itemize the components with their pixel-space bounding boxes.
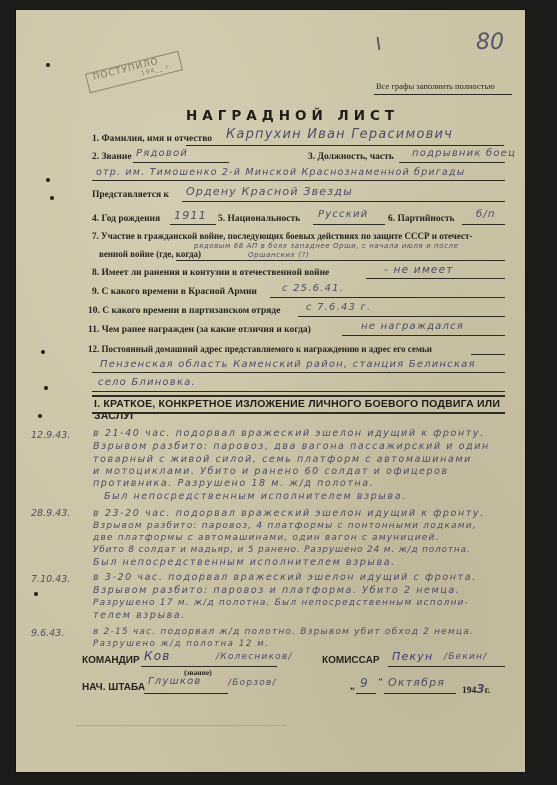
field-12-label: 12. Постоянный домашний адрес представля…	[88, 344, 432, 354]
hole-mark	[44, 386, 48, 390]
field-7-line	[176, 260, 505, 261]
hole-mark	[46, 178, 50, 182]
section-header: I. КРАТКОЕ, КОНКРЕТНОЕ ИЗЛОЖЕНИЕ ЛИЧНОГО…	[94, 398, 525, 422]
date-year: 1943г.	[462, 682, 490, 696]
field-1-value: Карпухин Иван Герасимович	[226, 127, 453, 142]
field-4-value: 1911	[174, 209, 207, 222]
entry-line: Убито 8 солдат и мадьяр, и 5 ранено. Раз…	[93, 545, 471, 555]
hole-mark	[38, 414, 42, 418]
entry-line: две платформы с автомашинами, один вагон…	[93, 533, 440, 543]
instruction-underline	[374, 94, 512, 95]
date-day-line	[356, 693, 376, 694]
field-8-line	[366, 278, 505, 279]
chief-of-staff-line	[144, 693, 228, 694]
hole-mark	[41, 350, 45, 354]
entry-date: 9.6.43.	[31, 628, 64, 639]
field-7-value: рядовым 68 АП в боях западнее Орши, с на…	[194, 242, 459, 250]
field-4-line	[170, 224, 216, 225]
page-number-mark: 80	[476, 30, 504, 55]
field-10-label: 10. С какого времени в партизанском отря…	[88, 306, 280, 316]
entry-line: Взрывом разбито: паровоз, два вагона пас…	[93, 441, 490, 452]
field-11-value: не награждался	[361, 321, 464, 332]
field-5-value: Русский	[318, 209, 368, 220]
entry-line: Взрывом разбито: паровоз, 4 платформы с …	[93, 521, 477, 531]
received-stamp: ПОСТУПИЛО 194__ г.	[85, 51, 183, 94]
roman-numeral-mark: I	[375, 34, 383, 56]
field-2-line	[133, 162, 229, 163]
instruction-text: Все графы заполнить полностью	[376, 81, 495, 91]
entry-line: в 2-15 час. подорвал ж/д полотно. Взрыво…	[93, 627, 474, 637]
entry-date: 7.10.43.	[31, 574, 70, 585]
chief-of-staff-signature: Глушков	[148, 676, 201, 687]
hole-mark	[34, 592, 38, 596]
date-month-line	[384, 693, 456, 694]
field-3-line	[399, 162, 505, 163]
date-year-digit: 3	[476, 682, 484, 696]
date-month: Октября	[388, 676, 445, 689]
entry-line: Был непосредственным исполнителем взрыва…	[93, 557, 396, 568]
entry-date: 12.9.43.	[31, 430, 70, 441]
field-1-line	[186, 145, 504, 146]
field-7-value-line2: Оршанских (?)	[248, 251, 309, 259]
field-11-label: 11. Чем ранее награжден (за какие отличи…	[88, 325, 311, 335]
field-11-line	[342, 335, 505, 336]
field-5-line	[313, 224, 385, 225]
section-rule-top	[92, 395, 505, 397]
award-sheet-paper: ПОСТУПИЛО 194__ г. I 80 Все графы заполн…	[16, 10, 525, 772]
field-8-value: - не имеет	[384, 264, 454, 276]
page-title: НАГРАДНОЙ ЛИСТ	[186, 108, 399, 124]
field-6-line	[462, 224, 505, 225]
date-year-suffix: г.	[485, 686, 491, 696]
date-year-prefix: 194	[462, 686, 476, 696]
field-4-label: 4. Год рождения	[92, 214, 160, 224]
field-9-label: 9. С какого времени в Красной Армии	[92, 287, 257, 297]
entry-date: 28.9.43.	[31, 508, 70, 519]
chief-of-staff-label: НАЧ. ШТАБА	[82, 682, 145, 693]
field-2-label: 2. Звание	[92, 152, 132, 162]
commander-line	[141, 666, 277, 667]
entry-line: телем взрыва.	[93, 610, 186, 621]
entry-line: товарный с живой силой, семь платформ с …	[93, 454, 472, 465]
date-open-quote: „	[350, 682, 355, 692]
field-5-label: 5. Национальность	[218, 214, 300, 224]
entry-line: Разрушено 17 м. ж/д полотна. Был непосре…	[93, 598, 469, 608]
entry-line: в 3-20 час. подорвал вражеский эшелон ид…	[93, 572, 477, 583]
entry-line: Взрывом разбито: паровоз и платформа. Уб…	[93, 585, 460, 596]
nominated-value: Ордену Красной Звезды	[186, 185, 353, 198]
field-10-line	[298, 316, 505, 317]
commissar-signature: Пекун	[392, 650, 433, 663]
commander-signature: Ков	[144, 649, 171, 663]
entry-line: Был непосредственным исполнителем взрыва…	[104, 491, 407, 502]
field-7-label-line2: венной войне (где, когда)	[99, 249, 201, 259]
hole-mark	[50, 196, 54, 200]
field-12-value-line2: село Блиновка.	[98, 377, 196, 388]
field-6-label: 6. Партийность	[388, 214, 455, 224]
faint-pencil-stroke	[76, 725, 286, 726]
field-8-label: 8. Имеет ли ранения и контузии в отечест…	[92, 268, 329, 278]
field-3-line2	[92, 180, 505, 181]
section-rule-bottom	[92, 412, 505, 414]
field-9-line	[270, 297, 505, 298]
entry-line: и мотоциклами. Убито и ранено 60 солдат …	[93, 466, 449, 477]
field-6-value: б/п	[476, 209, 496, 220]
entry-line: Разрушено ж/д полотна 12 м.	[93, 639, 270, 649]
entry-line: противника. Разрушено 18 м. ж/д полотна.	[93, 478, 374, 489]
entry-line: в 21-40 час. подорвал вражеский эшелон и…	[93, 428, 485, 439]
field-10-value: с 7.6.43 г.	[306, 302, 371, 313]
entry-line: в 23-20 час. подорвал вражеский эшелон и…	[93, 508, 485, 519]
hole-mark	[46, 63, 50, 67]
commissar-name: /Бекин/	[444, 652, 487, 662]
field-12-line3	[92, 391, 505, 392]
field-7-label: 7. Участие в гражданской войне, последую…	[92, 231, 472, 241]
field-3-value: подрывник боец	[412, 148, 516, 159]
field-3-label: 3. Должность, часть	[308, 152, 394, 162]
date-close-quote: "	[378, 678, 383, 688]
field-3-value-line2: отр. им. Тимошенко 2-й Минской Краснозна…	[96, 167, 465, 178]
field-9-value: с 25.6.41.	[282, 283, 344, 294]
commander-name: /Колесников/	[216, 652, 293, 662]
commissar-line	[388, 666, 505, 667]
nominated-label: Представляется к	[92, 190, 169, 200]
commissar-label: КОМИССАР	[322, 655, 380, 666]
commander-label: КОМАНДИР	[82, 655, 140, 666]
nominated-line	[182, 201, 505, 202]
field-1-label: 1. Фамилия, имя и отчество	[92, 134, 212, 144]
field-12-value-line1: Пензенская область Каменский район, стан…	[100, 359, 476, 370]
field-12-line2	[92, 372, 505, 373]
field-12-line	[471, 354, 505, 355]
field-2-value: Рядовой	[136, 148, 188, 159]
date-day: 9	[360, 676, 369, 690]
chief-of-staff-name: /Борзов/	[228, 678, 277, 688]
